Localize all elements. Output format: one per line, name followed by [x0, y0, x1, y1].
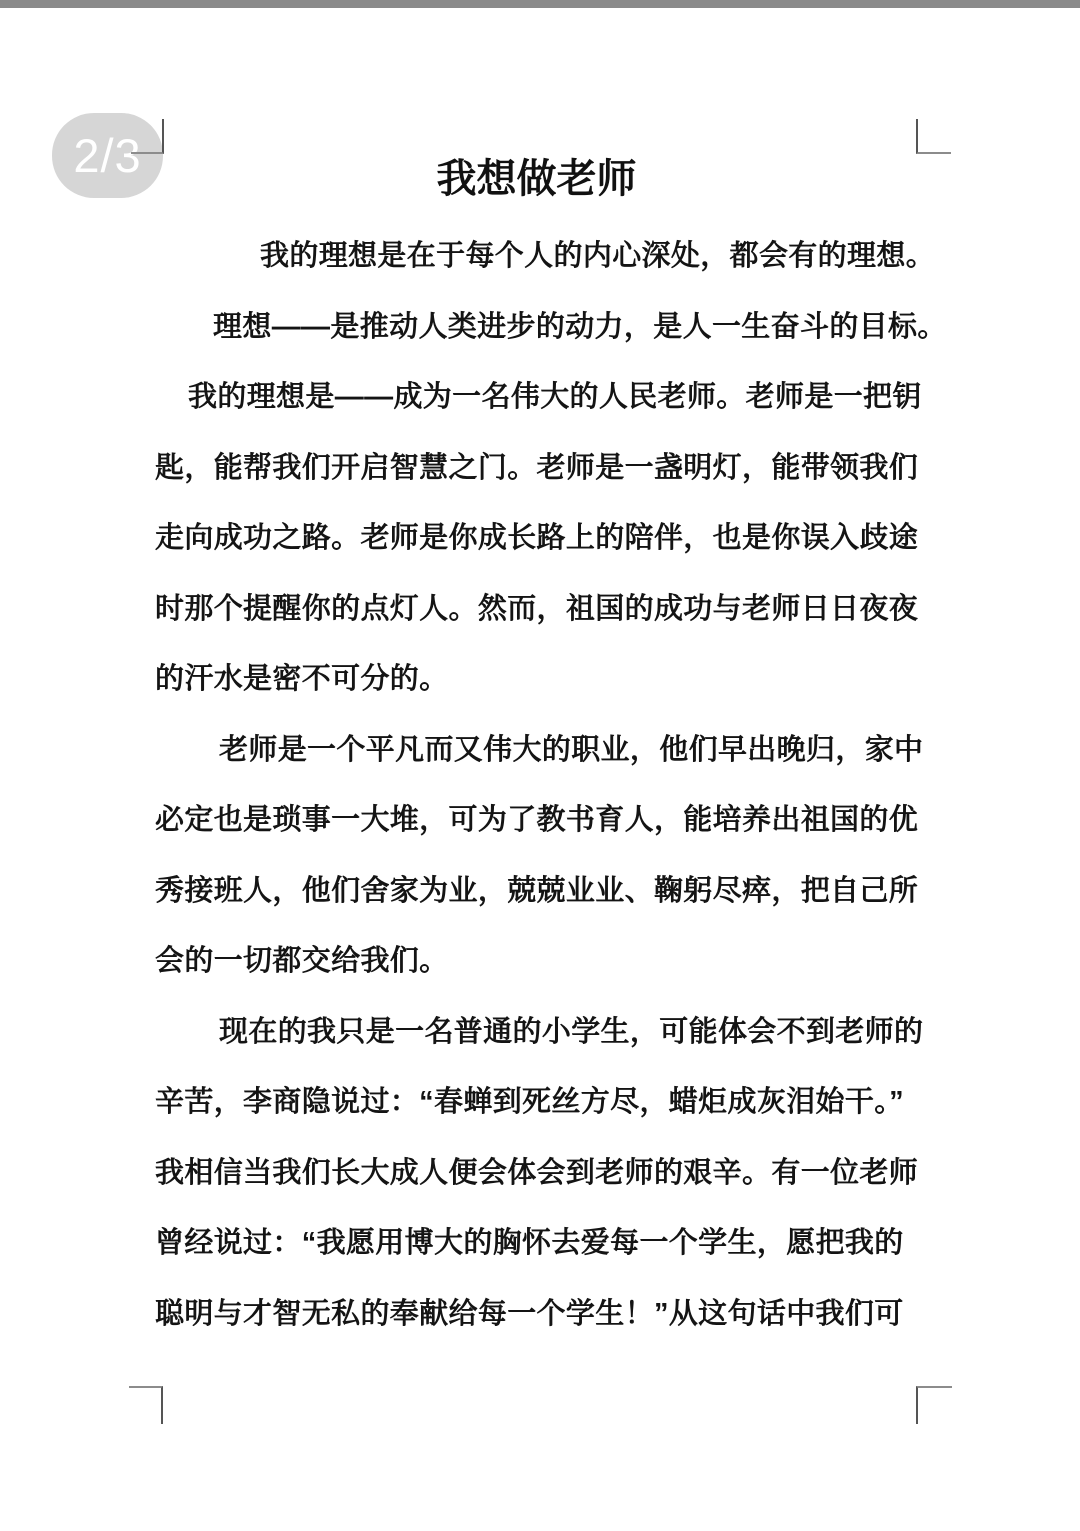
essay-line: 我相信当我们长大成人便会体会到老师的艰辛。有一位老师: [155, 1138, 918, 1209]
crop-mark-top-right-icon: [916, 119, 951, 154]
crop-mark-top-left-icon: [131, 119, 164, 154]
essay-line: 的汗水是密不可分的。: [155, 644, 918, 715]
crop-mark-bottom-right-icon: [916, 1386, 952, 1424]
essay-line: 走向成功之路。老师是你成长路上的陪伴，也是你误入歧途: [155, 503, 918, 574]
essay-line: 现在的我只是一名普通的小学生，可能体会不到老师的: [155, 997, 918, 1068]
essay-line: 秀接班人，他们舍家为业，兢兢业业、鞠躬尽瘁，把自己所: [155, 856, 918, 927]
essay-line: 理想——是推动人类进步的动力，是人一生奋斗的目标。: [155, 292, 918, 363]
essay-line: 会的一切都交给我们。: [155, 926, 918, 997]
essay-line: 时那个提醒你的点灯人。然而，祖国的成功与老师日日夜夜: [155, 574, 918, 645]
essay-line: 老师是一个平凡而又伟大的职业，他们早出晚归，家中: [155, 715, 918, 786]
essay-line: 曾经说过：“我愿用博大的胸怀去爱每一个学生，愿把我的: [155, 1208, 918, 1279]
essay-line: 辛苦，李商隐说过：“春蝉到死丝方尽，蜡炬成灰泪始干。”: [155, 1067, 918, 1138]
document-title: 我想做老师: [155, 150, 918, 208]
status-bar-strip: [0, 0, 1080, 8]
essay-line: 匙，能帮我们开启智慧之门。老师是一盏明灯，能带领我们: [155, 433, 918, 504]
essay-line: 聪明与才智无私的奉献给每一个学生！”从这句话中我们可: [155, 1279, 918, 1350]
essay-line: 必定也是琐事一大堆，可为了教书育人，能培养出祖国的优: [155, 785, 918, 856]
crop-mark-bottom-left-icon: [129, 1386, 163, 1424]
essay-line: 我的理想是在于每个人的内心深处，都会有的理想。: [155, 221, 918, 292]
essay-body: 我的理想是在于每个人的内心深处，都会有的理想。 理想——是推动人类进步的动力，是…: [155, 221, 918, 1349]
essay-line: 我的理想是——成为一名伟大的人民老师。老师是一把钥: [155, 362, 918, 433]
